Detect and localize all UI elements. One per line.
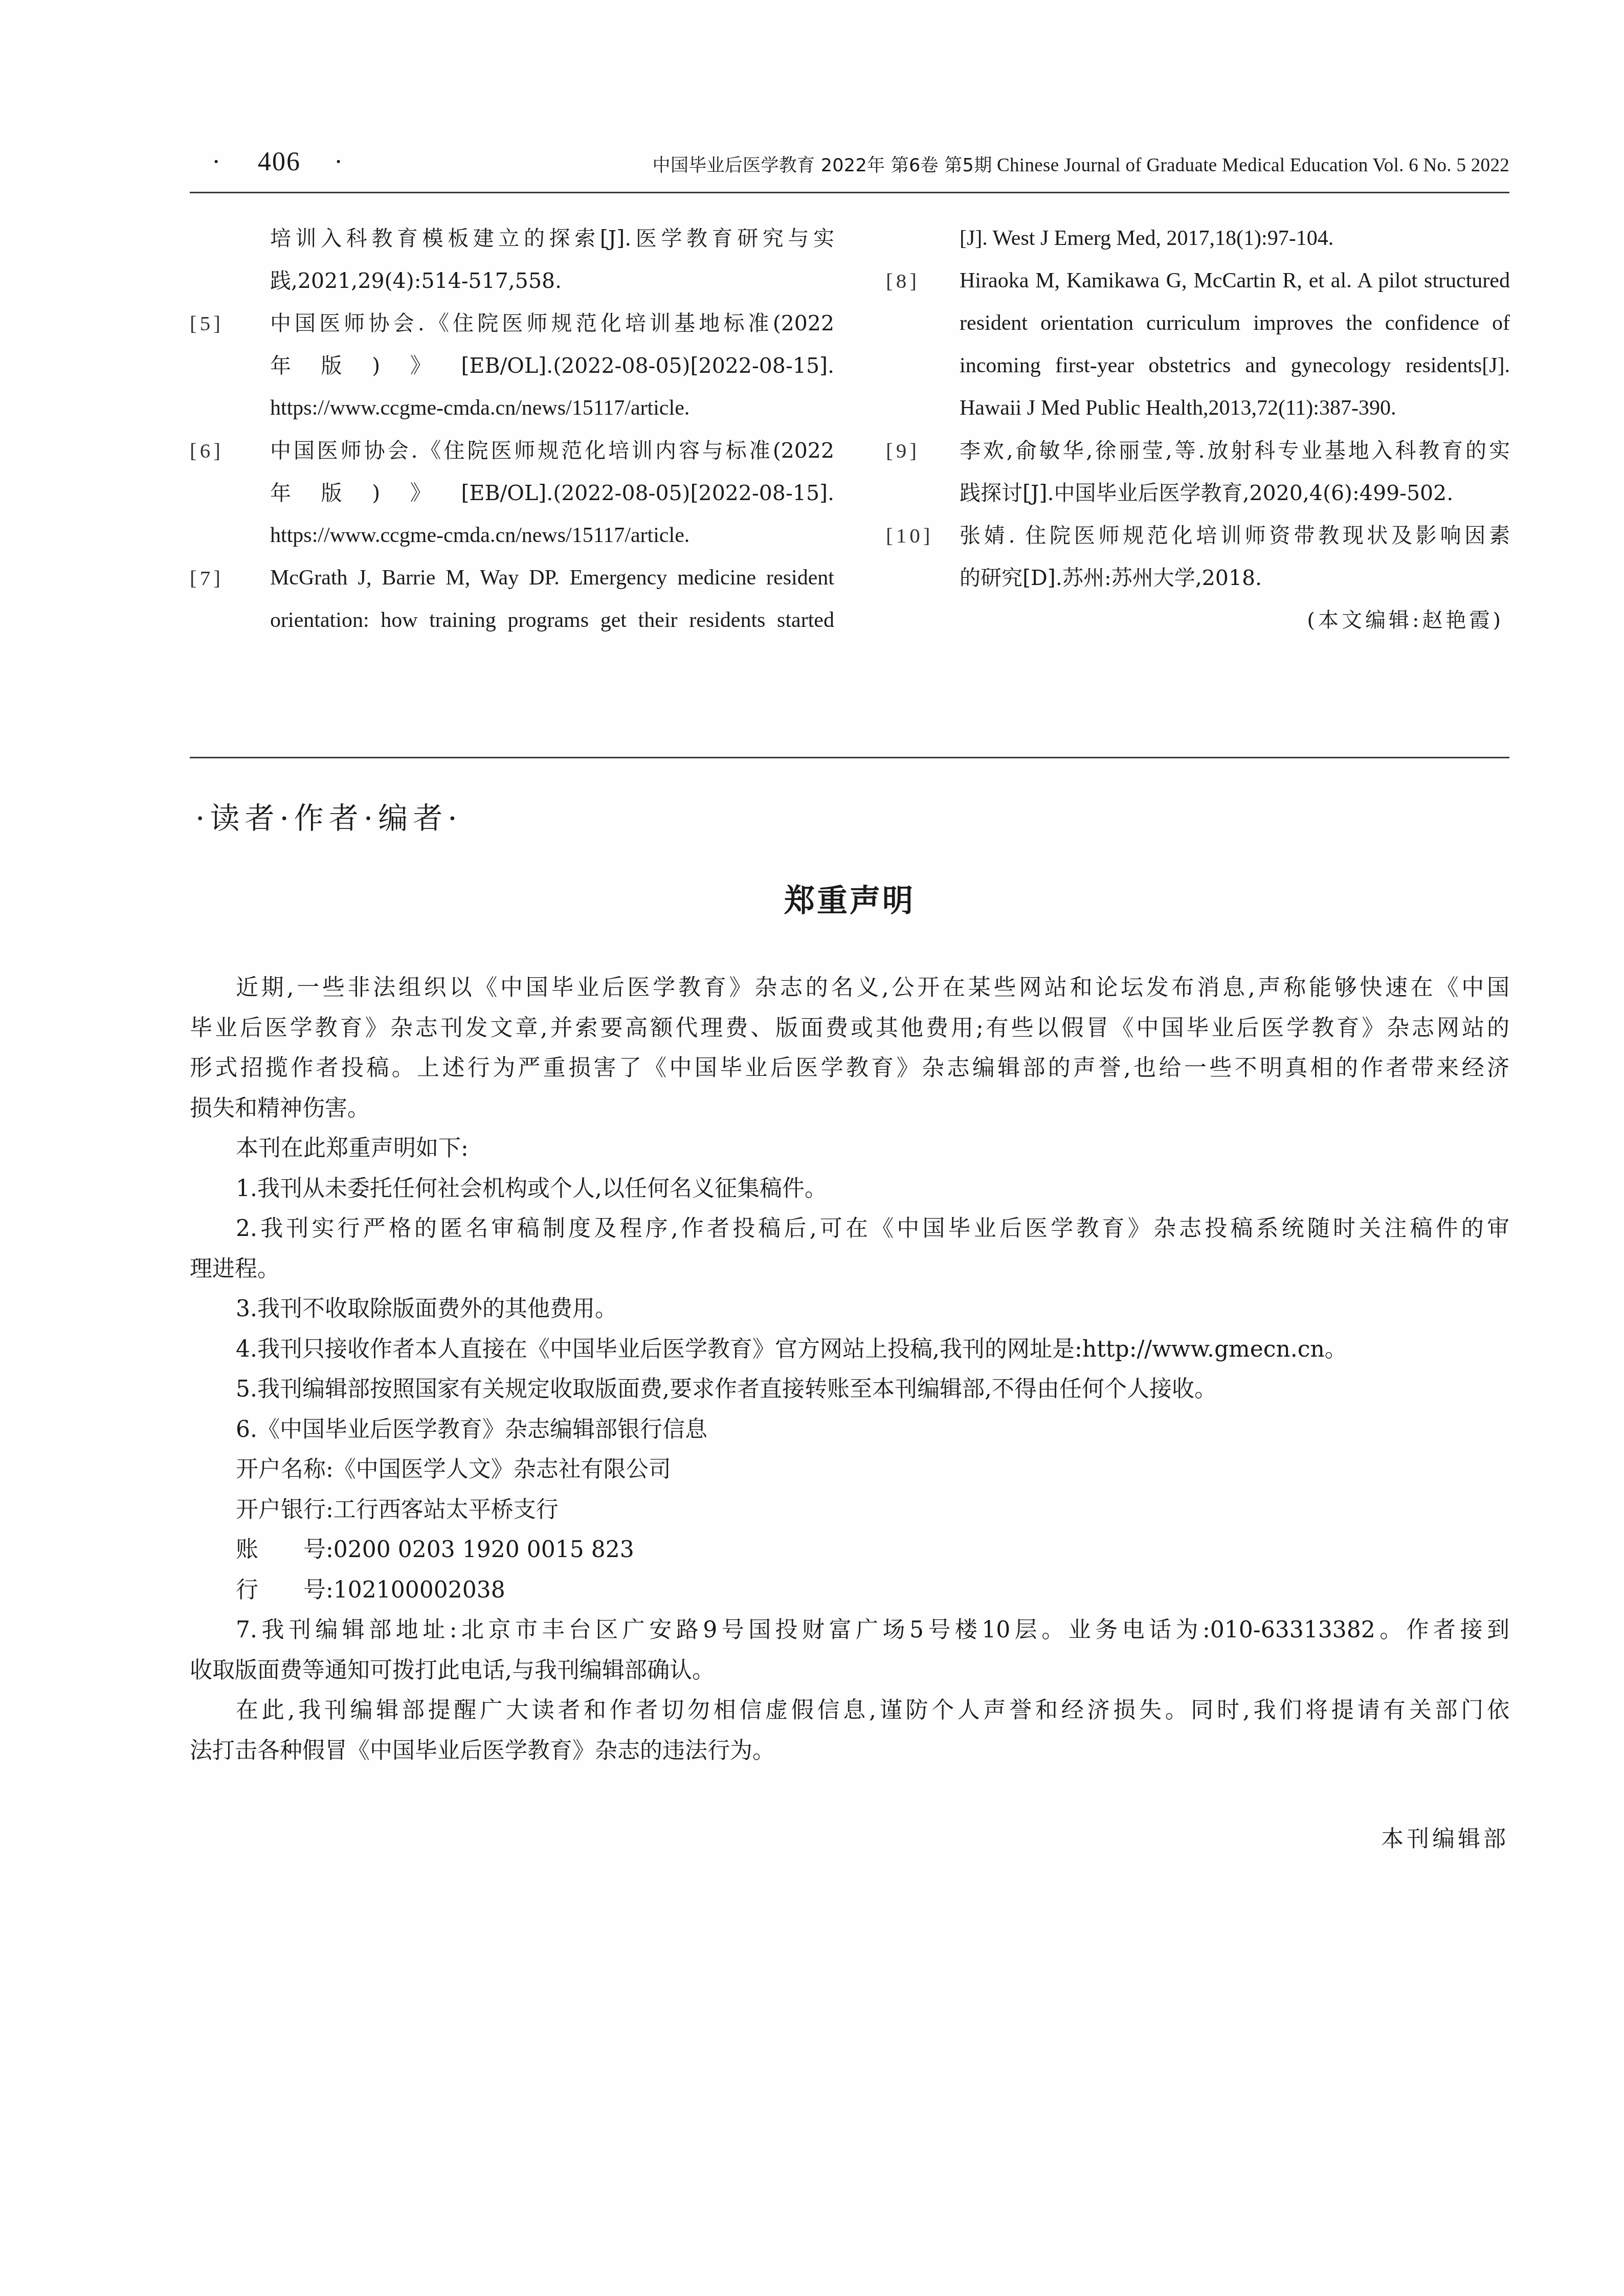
field-value: 102100002038 <box>333 1577 505 1603</box>
field-label: 开户名称: <box>236 1456 333 1482</box>
bank-account-name: 开户名称:《中国医学人文》杂志社有限公司 <box>190 1450 1509 1490</box>
reference-url: https://www.ccgme-cmda.cn/news/15117/art… <box>270 387 834 430</box>
reference-line: 的研究[D].苏州:苏州大学,2018. <box>960 557 1510 599</box>
field-value: 工行西客站太平桥支行 <box>333 1497 559 1523</box>
field-value: 0200 0203 1920 0015 823 <box>333 1537 634 1563</box>
journal-page: · 406 · 中国毕业后医学教育 2022年 第6卷 第5期 Chinese … <box>0 0 1624 2296</box>
intro-paragraph: 近期,一些非法组织以《中国毕业后医学教育》杂志的名义,公开在某些网站和论坛发布消… <box>190 968 1509 1129</box>
reference-line: incoming first-year obstetrics and gynec… <box>960 345 1510 387</box>
paragraph-line: 近期,一些非法组织以《中国毕业后医学教育》杂志的名义,公开在某些网站和论坛发布消… <box>190 968 1509 1008</box>
reference-number: [6] <box>190 430 224 472</box>
paragraph-line: 损失和精神伤害。 <box>190 1089 1509 1129</box>
bank-code: 行号:102100002038 <box>190 1570 1509 1611</box>
paragraph-line: 4.我刊只接收作者本人直接在《中国毕业后医学教育》官方网站上投稿,我刊的网址是:… <box>190 1330 1509 1370</box>
field-label: 开户银行: <box>236 1497 333 1523</box>
paragraph-line: 1.我刊从未委托任何社会机构或个人,以任何名义征集稿件。 <box>190 1169 1509 1209</box>
bank-account-number: 账号:0200 0203 1920 0015 823 <box>190 1530 1509 1570</box>
reference-line: McGrath J, Barrie M, Way DP. Emergency m… <box>270 557 834 599</box>
reference-url: https://www.ccgme-cmda.cn/news/15117/art… <box>270 514 834 557</box>
reference-line: 年版)》[EB/OL].(2022-08-05)[2022-08-15]. <box>270 345 834 387</box>
paragraph-line: 账号:0200 0203 1920 0015 823 <box>190 1530 1509 1570</box>
reference-line: 张婧. 住院医师规范化培训师资带教现状及影响因素 <box>960 514 1510 557</box>
references-right-column: [J]. West J Emerg Med, 2017,18(1):97-104… <box>886 217 1510 642</box>
paragraph-line: 7.我刊编辑部地址:北京市丰台区广安路9号国投财富广场5号楼10层。业务电话为:… <box>190 1610 1509 1651</box>
reference-line: 年版)》[EB/OL].(2022-08-05)[2022-08-15]. <box>270 472 834 514</box>
declare-intro: 本刊在此郑重声明如下: <box>190 1129 1509 1169</box>
declaration-item-2: 2.我刊实行严格的匿名审稿制度及程序,作者投稿后,可在《中国毕业后医学教育》杂志… <box>190 1209 1509 1289</box>
reference-line: 践探讨[J].中国毕业后医学教育,2020,4(6):499-502. <box>960 472 1510 514</box>
reference-item: [9] 李欢,俞敏华,徐丽莹,等.放射科专业基地入科教育的实 践探讨[J].中国… <box>886 430 1510 514</box>
reference-item: [5] 中国医师协会.《住院医师规范化培训基地标准(2022 年版)》[EB/O… <box>190 302 834 430</box>
references-left-column: 培训入科教育模板建立的探索[J].医学教育研究与实 践,2021,29(4):5… <box>190 217 834 642</box>
reference-line: 中国医师协会.《住院医师规范化培训内容与标准(2022 <box>270 430 834 472</box>
declaration-item-4: 4.我刊只接收作者本人直接在《中国毕业后医学教育》官方网站上投稿,我刊的网址是:… <box>190 1330 1509 1370</box>
reference-item: [J]. West J Emerg Med, 2017,18(1):97-104… <box>886 217 1510 260</box>
running-header: · 406 · 中国毕业后医学教育 2022年 第6卷 第5期 Chinese … <box>190 144 1509 185</box>
bullet-right: · <box>334 144 343 180</box>
reference-line: 践,2021,29(4):514-517,558. <box>270 260 834 302</box>
closing-paragraph: 在此,我刊编辑部提醒广大读者和作者切勿相信虚假信息,谨防个人声誉和经济损失。同时… <box>190 1691 1509 1771</box>
paragraph-line: 法打击各种假冒《中国毕业后医学教育》杂志的违法行为。 <box>190 1731 1509 1771</box>
editor-note: (本文编辑:赵艳霞) <box>886 599 1510 642</box>
reference-item: [7] McGrath J, Barrie M, Way DP. Emergen… <box>190 557 834 642</box>
paragraph-line: 收取版面费等通知可拨打此电话,与我刊编辑部确认。 <box>190 1651 1509 1691</box>
paragraph-line: 3.我刊不收取除版面费外的其他费用。 <box>190 1289 1509 1330</box>
paragraph-line: 在此,我刊编辑部提醒广大读者和作者切勿相信虚假信息,谨防个人声誉和经济损失。同时… <box>190 1691 1509 1731</box>
paragraph-line: 2.我刊实行严格的匿名审稿制度及程序,作者投稿后,可在《中国毕业后医学教育》杂志… <box>190 1209 1509 1249</box>
journal-citation-cn: 中国毕业后医学教育 2022年 第6卷 第5期 <box>653 155 992 176</box>
paragraph-line: 毕业后医学教育》杂志刊发文章,并索要高额代理费、版面费或其他费用;有些以假冒《中… <box>190 1008 1509 1049</box>
reference-line: resident orientation curriculum improves… <box>960 302 1510 345</box>
paragraph-line: 5.我刊编辑部按照国家有关规定收取版面费,要求作者直接转账至本刊编辑部,不得由任… <box>190 1369 1509 1410</box>
reference-number: [7] <box>190 557 224 599</box>
notice-body: 近期,一些非法组织以《中国毕业后医学教育》杂志的名义,公开在某些网站和论坛发布消… <box>190 968 1509 1771</box>
reference-item: 培训入科教育模板建立的探索[J].医学教育研究与实 践,2021,29(4):5… <box>190 217 834 302</box>
declaration-item-1: 1.我刊从未委托任何社会机构或个人,以任何名义征集稿件。 <box>190 1169 1509 1209</box>
journal-citation-en: Chinese Journal of Graduate Medical Educ… <box>997 155 1509 176</box>
paragraph-line: 本刊在此郑重声明如下: <box>190 1129 1509 1169</box>
reference-line: Hawaii J Med Public Health,2013,72(11):3… <box>960 387 1510 430</box>
reference-item: [10] 张婧. 住院医师规范化培训师资带教现状及影响因素 的研究[D].苏州:… <box>886 514 1510 599</box>
page-number: 406 <box>258 144 301 180</box>
reference-number: [5] <box>190 302 224 345</box>
reference-item: [8] Hiraoka M, Kamikawa G, McCartin R, e… <box>886 260 1510 430</box>
field-label: 行 <box>236 1577 258 1603</box>
reference-line: orientation: how training programs get t… <box>270 599 834 642</box>
paragraph-line: 开户银行:工行西客站太平桥支行 <box>190 1490 1509 1530</box>
reference-item: [6] 中国医师协会.《住院医师规范化培训内容与标准(2022 年版)》[EB/… <box>190 430 834 557</box>
paragraph-line: 形式招揽作者投稿。上述行为严重损害了《中国毕业后医学教育》杂志编辑部的声誉,也给… <box>190 1048 1509 1089</box>
declaration-item-3: 3.我刊不收取除版面费外的其他费用。 <box>190 1289 1509 1330</box>
bank-name: 开户银行:工行西客站太平桥支行 <box>190 1490 1509 1530</box>
declaration-item-5: 5.我刊编辑部按照国家有关规定收取版面费,要求作者直接转账至本刊编辑部,不得由任… <box>190 1369 1509 1410</box>
declaration-item-7: 7.我刊编辑部地址:北京市丰台区广安路9号国投财富广场5号楼10层。业务电话为:… <box>190 1610 1509 1691</box>
header-rule <box>190 192 1509 193</box>
bullet-left: · <box>212 144 220 180</box>
reference-number: [10] <box>886 514 933 557</box>
paragraph-line: 开户名称:《中国医学人文》杂志社有限公司 <box>190 1450 1509 1490</box>
field-label: 号: <box>303 1577 333 1603</box>
paragraph-line: 行号:102100002038 <box>190 1570 1509 1611</box>
reference-number: [8] <box>886 260 920 302</box>
paragraph-line: 6.《中国毕业后医学教育》杂志编辑部银行信息 <box>190 1410 1509 1450</box>
field-label: 号: <box>303 1537 333 1563</box>
reference-number: [9] <box>886 430 920 472</box>
reference-line: Hiraoka M, Kamikawa G, McCartin R, et al… <box>960 260 1510 302</box>
reference-line: 培训入科教育模板建立的探索[J].医学教育研究与实 <box>270 217 834 260</box>
journal-citation: 中国毕业后医学教育 2022年 第6卷 第5期 Chinese Journal … <box>653 151 1509 180</box>
declaration-item-6: 6.《中国毕业后医学教育》杂志编辑部银行信息 <box>190 1410 1509 1450</box>
signature: 本刊编辑部 <box>1381 1821 1509 1857</box>
section-label: ·读者·作者·编者· <box>195 798 462 839</box>
field-label: 账 <box>236 1537 258 1563</box>
notice-title: 郑重声明 <box>190 881 1509 921</box>
field-value: 《中国医学人文》杂志社有限公司 <box>333 1456 671 1482</box>
reference-line: 李欢,俞敏华,徐丽莹,等.放射科专业基地入科教育的实 <box>960 430 1510 472</box>
paragraph-line: 理进程。 <box>190 1249 1509 1290</box>
reference-line: [J]. West J Emerg Med, 2017,18(1):97-104… <box>960 217 1510 260</box>
reference-line: 中国医师协会.《住院医师规范化培训基地标准(2022 <box>270 302 834 345</box>
section-divider <box>190 757 1509 758</box>
